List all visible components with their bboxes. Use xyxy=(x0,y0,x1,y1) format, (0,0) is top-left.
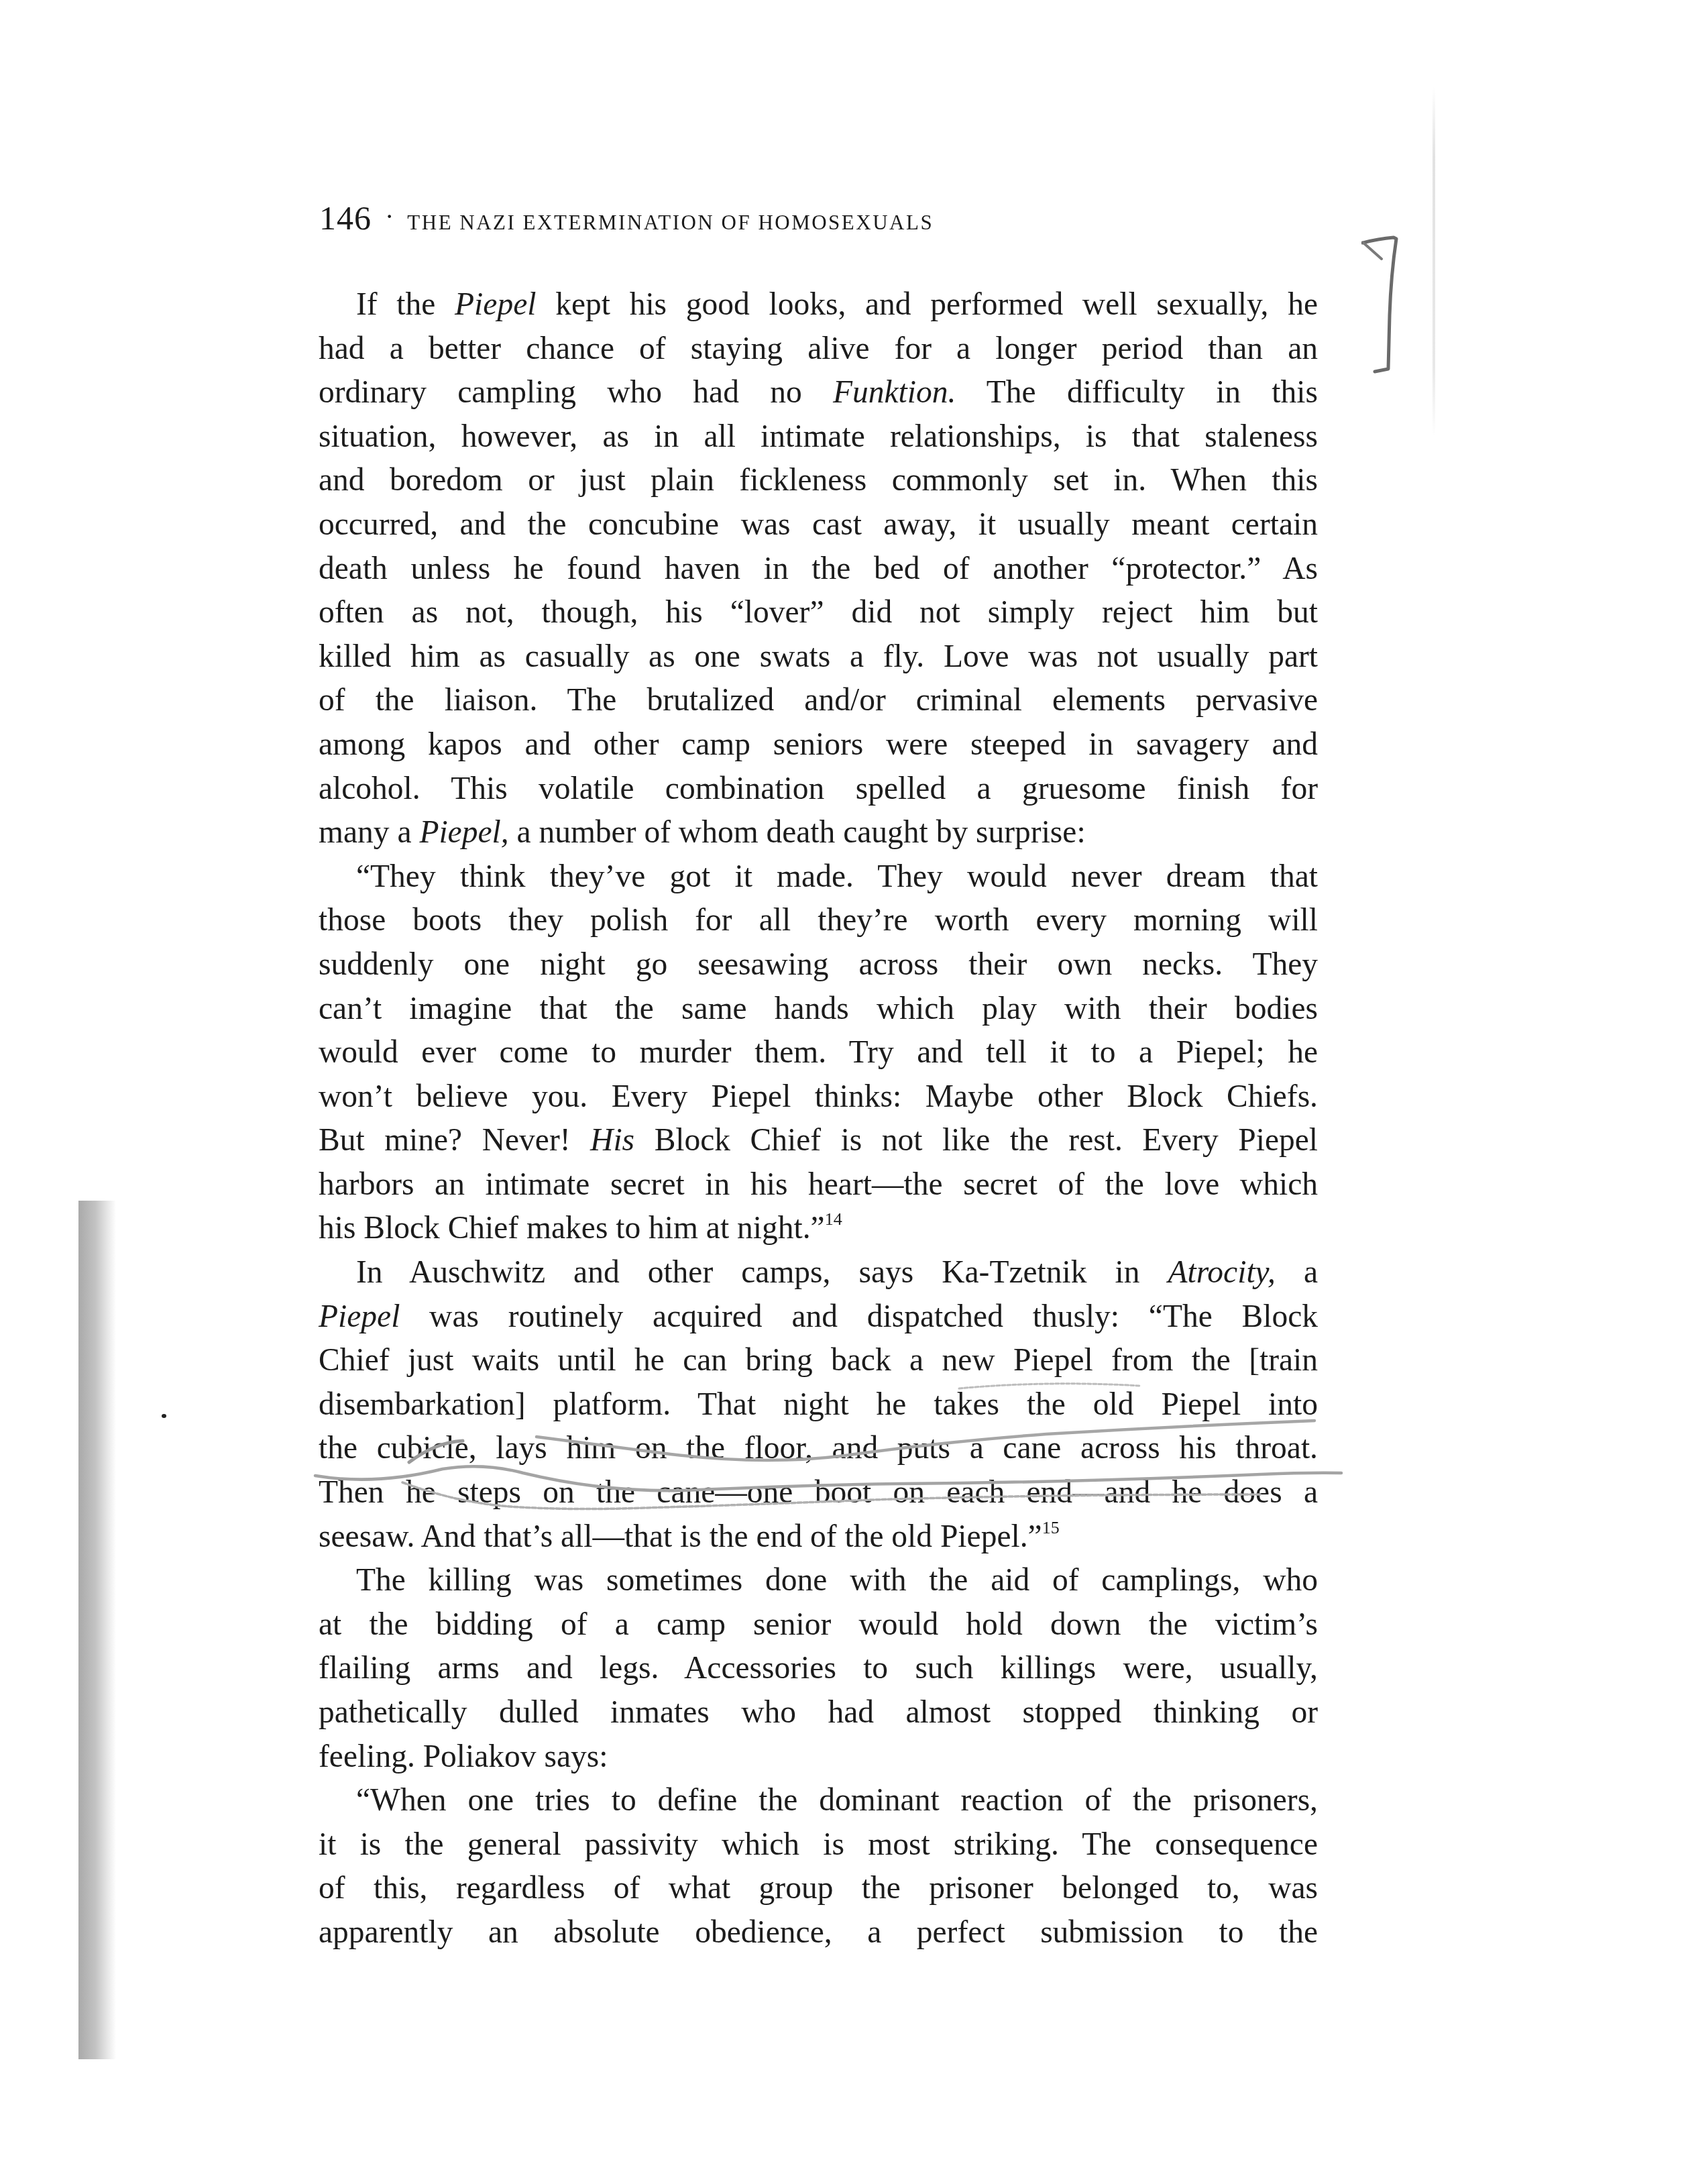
text-run: seesaw. And that’s all—that is the end o… xyxy=(319,1519,1042,1554)
running-title: THE NAZI EXTERMINATION OF HOMOSEXUALS xyxy=(407,211,934,234)
text-line: those boots they polish for all they’re … xyxy=(319,899,1318,943)
text-line: won’t believe you. Every Piepel thinks: … xyxy=(319,1075,1318,1120)
text-run: The killing was sometimes done with the … xyxy=(356,1563,1318,1598)
text-run: a xyxy=(1276,1255,1318,1290)
text-run: of this, regardless of what group the pr… xyxy=(319,1871,1318,1906)
running-header: 146·THE NAZI EXTERMINATION OF HOMOSEXUAL… xyxy=(319,199,934,237)
scan-speck xyxy=(162,1414,166,1418)
text-run: suddenly one night go seesawing across t… xyxy=(319,947,1318,982)
text-line: at the bidding of a camp senior would ho… xyxy=(319,1603,1318,1647)
italic-text: Piepel, xyxy=(419,815,508,850)
text-line: ordinary campling who had no Funktion. T… xyxy=(319,371,1318,415)
text-line: Piepel was routinely acquired and dispat… xyxy=(319,1295,1318,1340)
text-line: many a Piepel, a number of whom death ca… xyxy=(319,811,1318,855)
text-line: would ever come to murder them. Try and … xyxy=(319,1031,1318,1075)
italic-text: Piepel xyxy=(319,1299,400,1334)
text-line: If the Piepel kept his good looks, and p… xyxy=(319,283,1318,327)
text-run: it is the general passivity which is mos… xyxy=(319,1827,1318,1862)
text-run: among kapos and other camp seniors were … xyxy=(319,727,1318,762)
page-number: 146 xyxy=(319,199,372,237)
text-run: “When one tries to define the dominant r… xyxy=(356,1783,1318,1818)
text-line: seesaw. And that’s all—that is the end o… xyxy=(319,1515,1318,1560)
scanned-book-page: 146·THE NAZI EXTERMINATION OF HOMOSEXUAL… xyxy=(0,0,1682,2184)
text-line: alcohol. This volatile combination spell… xyxy=(319,767,1318,812)
text-run: won’t believe you. Every Piepel thinks: … xyxy=(319,1079,1318,1114)
text-line: it is the general passivity which is mos… xyxy=(319,1823,1318,1867)
text-line: can’t imagine that the same hands which … xyxy=(319,987,1318,1032)
text-run: alcohol. This volatile combination spell… xyxy=(319,771,1318,806)
text-run: was routinely acquired and dispatched th… xyxy=(400,1299,1318,1334)
text-run: flailing arms and legs. Accessories to s… xyxy=(319,1651,1318,1686)
body-text: If the Piepel kept his good looks, and p… xyxy=(319,283,1318,1955)
text-run: disembarkation] platform. That night he … xyxy=(319,1387,1318,1422)
text-line: “When one tries to define the dominant r… xyxy=(319,1779,1318,1823)
text-run: ordinary campling who had no xyxy=(319,375,833,410)
text-run: Then he steps on the cane—one boot on ea… xyxy=(319,1475,1318,1510)
text-line: his Block Chief makes to him at night.”1… xyxy=(319,1207,1318,1251)
text-run: apparently an absolute obedience, a perf… xyxy=(319,1915,1318,1950)
text-run: kept his good looks, and performed well … xyxy=(536,287,1318,322)
text-line: Then he steps on the cane—one boot on ea… xyxy=(319,1471,1318,1515)
text-run: If the xyxy=(356,287,455,322)
text-run: Block Chief is not like the rest. Every … xyxy=(634,1123,1318,1158)
text-run: at the bidding of a camp senior would ho… xyxy=(319,1607,1318,1642)
text-run: his Block Chief makes to him at night.” xyxy=(319,1211,825,1246)
text-run: pathetically dulled inmates who had almo… xyxy=(319,1695,1318,1730)
margin-bracket-icon xyxy=(1361,235,1408,382)
text-line: feeling. Poliakov says: xyxy=(319,1735,1318,1780)
text-run: In Auschwitz and other camps, says Ka-Tz… xyxy=(356,1255,1168,1290)
text-line: of the liaison. The brutalized and/or cr… xyxy=(319,679,1318,723)
text-run: harbors an intimate secret in his heart—… xyxy=(319,1167,1318,1202)
text-run: would ever come to murder them. Try and … xyxy=(319,1035,1318,1070)
text-line: situation, however, as in all intimate r… xyxy=(319,415,1318,459)
text-line: suddenly one night go seesawing across t… xyxy=(319,943,1318,987)
text-run: and boredom or just plain fickleness com… xyxy=(319,463,1318,498)
text-run: feeling. Poliakov says: xyxy=(319,1739,608,1774)
text-line: In Auschwitz and other camps, says Ka-Tz… xyxy=(319,1251,1318,1295)
footnote-ref: 14 xyxy=(825,1209,842,1229)
text-line: occurred, and the concubine was cast awa… xyxy=(319,503,1318,547)
text-run: Chief just waits until he can bring back… xyxy=(319,1343,1318,1378)
text-line: harbors an intimate secret in his heart—… xyxy=(319,1163,1318,1207)
text-line: killed him as casually as one swats a fl… xyxy=(319,635,1318,679)
page-edge-shadow xyxy=(1433,87,1435,436)
text-line: often as not, though, his “lover” did no… xyxy=(319,591,1318,635)
text-line: the cubicle, lays him on the floor, and … xyxy=(319,1427,1318,1471)
footnote-ref: 15 xyxy=(1042,1518,1060,1537)
text-run: The difficulty in this xyxy=(956,375,1318,410)
text-run: of the liaison. The brutalized and/or cr… xyxy=(319,683,1318,718)
binding-gutter-shadow xyxy=(78,1201,116,2059)
text-run: “They think they’ve got it made. They wo… xyxy=(356,859,1318,894)
text-run: occurred, and the concubine was cast awa… xyxy=(319,507,1318,542)
italic-text: His xyxy=(590,1123,634,1158)
text-line: But mine? Never! His Block Chief is not … xyxy=(319,1119,1318,1163)
text-line: and boredom or just plain fickleness com… xyxy=(319,459,1318,503)
text-line: death unless he found haven in the bed o… xyxy=(319,547,1318,592)
text-run: a number of whom death caught by surpris… xyxy=(509,815,1086,850)
text-line: apparently an absolute obedience, a perf… xyxy=(319,1911,1318,1955)
text-run: those boots they polish for all they’re … xyxy=(319,903,1318,938)
text-run: situation, however, as in all intimate r… xyxy=(319,419,1318,454)
italic-text: Atrocity, xyxy=(1168,1255,1276,1290)
italic-text: Piepel xyxy=(455,287,536,322)
text-run: But mine? Never! xyxy=(319,1123,590,1158)
header-separator: · xyxy=(385,201,394,231)
text-line: among kapos and other camp seniors were … xyxy=(319,723,1318,767)
text-run: death unless he found haven in the bed o… xyxy=(319,551,1318,586)
text-line: pathetically dulled inmates who had almo… xyxy=(319,1691,1318,1735)
text-line: disembarkation] platform. That night he … xyxy=(319,1383,1318,1427)
italic-text: Funktion. xyxy=(833,375,956,410)
text-run: had a better chance of staying alive for… xyxy=(319,331,1318,366)
text-line: The killing was sometimes done with the … xyxy=(319,1559,1318,1603)
text-line: Chief just waits until he can bring back… xyxy=(319,1339,1318,1383)
text-line: had a better chance of staying alive for… xyxy=(319,327,1318,372)
text-line: flailing arms and legs. Accessories to s… xyxy=(319,1647,1318,1691)
text-run: many a xyxy=(319,815,419,850)
text-line: of this, regardless of what group the pr… xyxy=(319,1867,1318,1911)
text-run: the cubicle, lays him on the floor, and … xyxy=(319,1431,1318,1466)
text-line: “They think they’ve got it made. They wo… xyxy=(319,855,1318,899)
text-run: can’t imagine that the same hands which … xyxy=(319,991,1318,1026)
text-run: killed him as casually as one swats a fl… xyxy=(319,639,1318,674)
text-run: often as not, though, his “lover” did no… xyxy=(319,595,1318,630)
